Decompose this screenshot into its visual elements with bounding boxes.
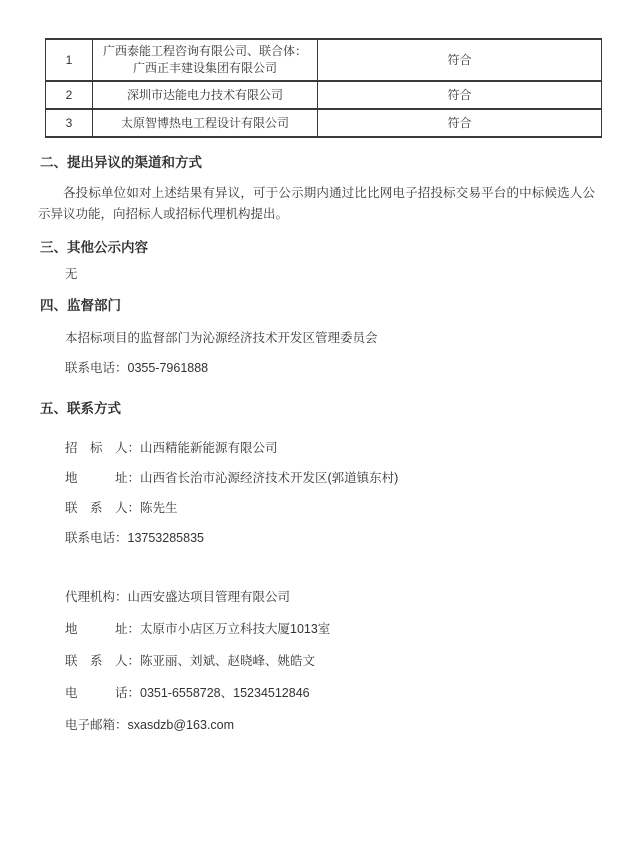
candidate-review-table: 1 广西泰能工程咨询有限公司、联合体：广西正丰建设集团有限公司 符合 2 深圳市…	[45, 38, 602, 138]
review-result-cell: 符合	[318, 109, 602, 137]
tenderer-name-line: 招 标 人：山西精能新能源有限公司	[0, 442, 631, 455]
agency-email-line: 电子邮箱：sxasdzb@163.com	[0, 719, 631, 732]
document-page: 1 广西泰能工程咨询有限公司、联合体：广西正丰建设集团有限公司 符合 2 深圳市…	[0, 0, 631, 864]
section-objection-heading: 二、提出异议的渠道和方式	[0, 155, 631, 170]
agency-name-line: 代理机构：山西安盛达项目管理有限公司	[0, 591, 631, 604]
bidder-name-cell: 深圳市达能电力技术有限公司	[93, 81, 318, 109]
agency-address-line: 地 址：太原市小店区万立科技大厦1013室	[0, 623, 631, 636]
review-result-cell: 符合	[318, 39, 602, 81]
section-supervision-heading: 四、监督部门	[0, 298, 631, 313]
review-result-cell: 符合	[318, 81, 602, 109]
section-contact-heading: 五、联系方式	[0, 401, 631, 416]
bidder-name-cell: 太原智博热电工程设计有限公司	[93, 109, 318, 137]
tenderer-address-line: 地 址：山西省长治市沁源经济技术开发区(郭道镇东村)	[0, 472, 631, 485]
table-row: 1 广西泰能工程咨询有限公司、联合体：广西正丰建设集团有限公司 符合	[46, 39, 602, 81]
section-other-heading: 三、其他公示内容	[0, 240, 631, 255]
tenderer-contact-person-line: 联 系 人：陈先生	[0, 502, 631, 515]
supervision-department-line: 本招标项目的监督部门为沁源经济技术开发区管理委员会	[0, 332, 631, 345]
sequence-number-cell: 1	[46, 39, 93, 81]
section-objection-body: 各投标单位如对上述结果有异议，可于公示期内通过比比网电子招投标交易平台的中标候选…	[0, 183, 631, 225]
tenderer-phone-line: 联系电话：13753285835	[0, 532, 631, 545]
bidder-name-cell: 广西泰能工程咨询有限公司、联合体：广西正丰建设集团有限公司	[93, 39, 318, 81]
sequence-number-cell: 2	[46, 81, 93, 109]
supervision-phone-line: 联系电话：0355-7961888	[0, 362, 631, 375]
section-other-body: 无	[0, 268, 631, 281]
sequence-number-cell: 3	[46, 109, 93, 137]
agency-phone-line: 电 话：0351-6558728、15234512846	[0, 687, 631, 700]
table-row: 2 深圳市达能电力技术有限公司 符合	[46, 81, 602, 109]
agency-contact-person-line: 联 系 人：陈亚丽、刘斌、赵晓峰、姚皓文	[0, 655, 631, 668]
table-row: 3 太原智博热电工程设计有限公司 符合	[46, 109, 602, 137]
